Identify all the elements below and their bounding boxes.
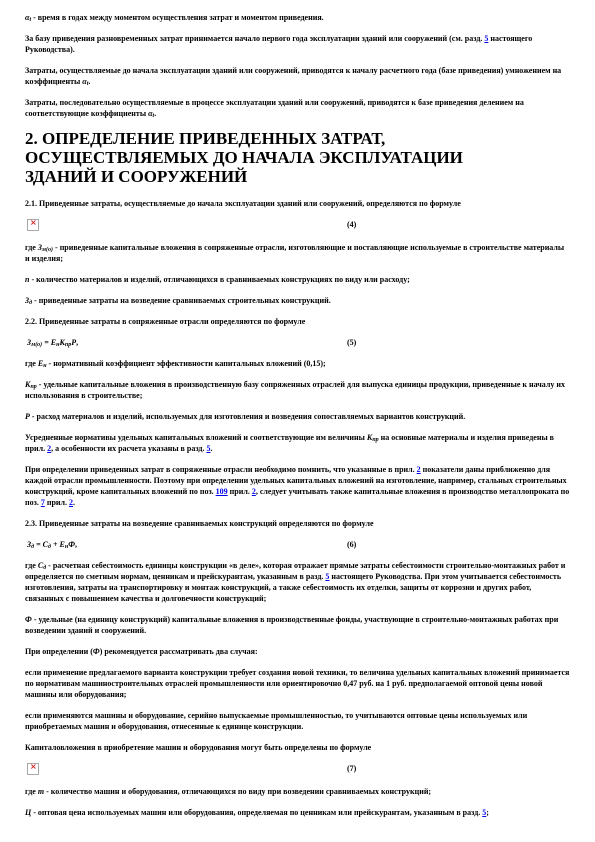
variable-subscript: t xyxy=(29,17,31,23)
broken-image-icon[interactable]: × xyxy=(27,219,39,231)
variable: Ф xyxy=(25,615,32,624)
reference-link[interactable]: 5 xyxy=(484,34,488,43)
paragraph: Зд - приведенные затраты на возведение с… xyxy=(25,295,570,306)
paragraph: αt - время в годах между моментом осущес… xyxy=(25,12,570,23)
formula-number: (6) xyxy=(347,539,356,550)
reference-link[interactable]: 2 xyxy=(252,487,256,496)
paragraph: 2.1. Приведенные затраты, осуществляемые… xyxy=(25,198,570,209)
reference-link[interactable]: 2 xyxy=(417,465,421,474)
variable-subscript: пр xyxy=(30,384,36,390)
formula-row: Зд = Сд + ЕнФ,(6) xyxy=(25,539,570,550)
broken-image-icon[interactable]: × xyxy=(27,763,39,775)
variable: Р xyxy=(71,338,76,347)
paragraph: если применяются машины и оборудование, … xyxy=(25,710,570,732)
paragraph: При определении (Ф) рекомендуется рассма… xyxy=(25,646,570,657)
paragraph: Р - расход материалов и изделий, использ… xyxy=(25,411,570,422)
variable: = Е xyxy=(42,338,56,347)
paragraph: 2.2. Приведенные затраты в сопряженные о… xyxy=(25,316,570,327)
formula-row: Зм(о) = ЕнКпрР,(5) xyxy=(25,337,570,348)
variable: m xyxy=(38,787,44,796)
variable: n xyxy=(25,275,29,284)
variable-subscript: д xyxy=(43,565,46,571)
formula-row: ×(7) xyxy=(25,763,570,776)
formula-number: (4) xyxy=(347,219,356,230)
variable: Ф xyxy=(93,647,100,656)
paragraph: За базу приведения разновременных затрат… xyxy=(25,33,570,55)
paragraph: n - количество материалов и изделий, отл… xyxy=(25,274,570,285)
variable-subscript: пр xyxy=(372,437,378,443)
variable-subscript: н xyxy=(43,363,46,369)
reference-link[interactable]: 2 xyxy=(69,498,73,507)
document-content: αt - время в годах между моментом осущес… xyxy=(25,12,570,818)
document-page: αt - время в годах между моментом осущес… xyxy=(0,0,595,842)
variable: + Е xyxy=(51,540,65,549)
formula-number: (5) xyxy=(347,337,356,348)
variable-subscript: t xyxy=(87,81,89,87)
variable-subscript: м(о) xyxy=(42,247,53,253)
paragraph: Затраты, осуществляемые до начала эксплу… xyxy=(25,65,570,87)
reference-link[interactable]: 7 xyxy=(41,498,45,507)
variable: Ф xyxy=(68,540,75,549)
reference-link[interactable]: 2 xyxy=(47,444,51,453)
red-x-glyph: × xyxy=(30,762,37,772)
paragraph: где Зм(о) - приведенные капитальные влож… xyxy=(25,242,570,264)
reference-link[interactable]: 109 xyxy=(216,487,228,496)
variable: Р xyxy=(25,412,30,421)
paragraph: где Сд - расчетная себестоимость единицы… xyxy=(25,560,570,604)
paragraph: где Ен - нормативный коэффициент эффекти… xyxy=(25,358,570,369)
formula-row: ×(4) xyxy=(25,219,570,232)
reference-link[interactable]: 5 xyxy=(325,572,329,581)
reference-link[interactable]: 5 xyxy=(206,444,210,453)
red-x-glyph: × xyxy=(30,218,37,228)
paragraph: При определении приведенных затрат в соп… xyxy=(25,464,570,508)
paragraph: Усредненные нормативы удельных капитальн… xyxy=(25,432,570,454)
paragraph: Ф - удельные (на единицу конструкций) ка… xyxy=(25,614,570,636)
reference-link[interactable]: 5 xyxy=(482,808,486,817)
paragraph: 2.3. Приведенные затраты на возведение с… xyxy=(25,518,570,529)
paragraph: где m - количество машин и оборудования,… xyxy=(25,786,570,797)
variable-subscript: д xyxy=(29,300,32,306)
paragraph: если применение предлагаемого варианта к… xyxy=(25,667,570,700)
variable: Ц xyxy=(25,808,31,817)
formula-number: (7) xyxy=(347,763,356,774)
paragraph: Затраты, последовательно осуществляемые … xyxy=(25,97,570,119)
variable: = С xyxy=(34,540,48,549)
variable-subscript: t xyxy=(153,113,155,119)
paragraph: Кпр - удельные капитальные вложения в пр… xyxy=(25,379,570,401)
paragraph: Капиталовложения в приобретение машин и … xyxy=(25,742,570,753)
paragraph: Ц - оптовая цена используемых машин или … xyxy=(25,807,570,818)
variable-subscript: м(о) xyxy=(31,342,42,348)
section-heading: 2. ОПРЕДЕЛЕНИЕ ПРИВЕДЕННЫХ ЗАТРАТ, ОСУЩЕ… xyxy=(25,129,517,186)
